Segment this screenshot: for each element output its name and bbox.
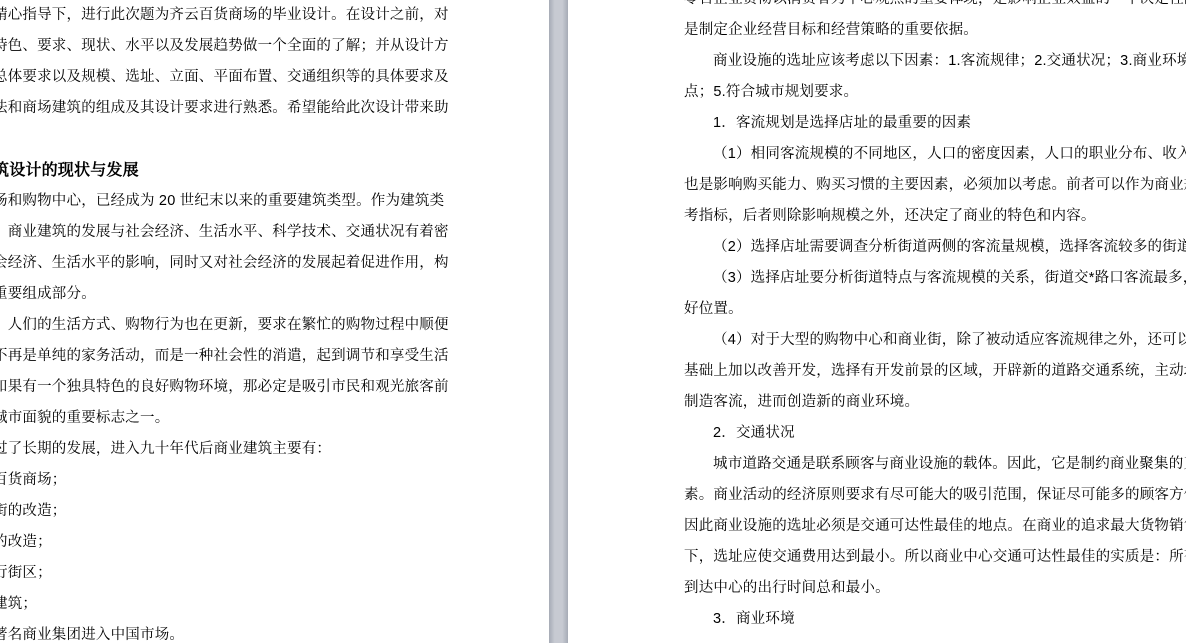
text-line: 商业设施的选址应该考虑以下因素：1.客流规律；2.交通状况；3.商业环境；4. — [684, 46, 1186, 77]
text-line: 重要组成部分。 — [0, 279, 449, 310]
text-line: 过了长期的发展，进入九十年代后商业建筑主要有： — [0, 434, 449, 465]
text-line: 1．客流规划是选择店址的最重要的因素 — [684, 108, 1186, 139]
text-line: 考指标，后者则除影响规模之外，还决定了商业的特色和内容。 — [684, 201, 1186, 232]
blank-line — [0, 124, 449, 155]
text-line: 百货商场； — [0, 465, 449, 496]
text-line: 行街区； — [0, 558, 449, 589]
text-line: （3）选择店址要分析街道特点与客流规模的关系，街道交*路口客流最多，是最 — [684, 263, 1186, 294]
text-line: （1）相同客流规模的不同地区，人口的密度因素，人口的职业分布、收入状况 — [684, 139, 1186, 170]
page-left[interactable]: 精心指导下，进行此次题为齐云百货商场的毕业设计。在设计之前，对特色、要求、现状、… — [0, 0, 549, 643]
text-line: 好位置。 — [684, 294, 1186, 325]
section-heading: 筑设计的现状与发展 — [0, 155, 449, 186]
text-line: 不再是单纯的家务活动，而是一种社会性的消遣，起到调节和享受生活 — [0, 341, 449, 372]
text-line: 因此商业设施的选址必须是交通可达性最佳的地点。在商业的追求最大货物销售范围 — [684, 511, 1186, 542]
text-line: 建筑； — [0, 589, 449, 620]
text-line: ，商业建筑的发展与社会经济、生活水平、科学技术、交通状况有着密 — [0, 217, 449, 248]
text-line: （4）对于大型的购物中心和商业街，除了被动适应客流规律之外，还可以在此 — [684, 325, 1186, 356]
text-line: 法和商场建筑的组成及其设计要求进行熟悉。希望能给此次设计带来助 — [0, 93, 449, 124]
text-line: 2．交通状况 — [684, 418, 1186, 449]
text-line: 素。商业活动的经济原则要求有尽可能大的吸引范围，保证尽可能多的顾客方便地到达。 — [684, 480, 1186, 511]
page-left-lines: 精心指导下，进行此次题为齐云百货商场的毕业设计。在设计之前，对特色、要求、现状、… — [0, 0, 449, 643]
text-line: 街的改造； — [0, 496, 449, 527]
text-line: 的改造； — [0, 527, 449, 558]
text-line: 3．商业环境 — [684, 604, 1186, 635]
text-line: 著名商业集团进入中国市场。 — [0, 620, 449, 643]
text-line: 零售企业贯彻以消费者为中心观点的重要体现，是影响企业效益的一个决定性因素，也 — [684, 0, 1186, 15]
text-line: 是制定企业经营目标和经营策略的重要依据。 — [684, 15, 1186, 46]
document-canvas: 精心指导下，进行此次题为齐云百货商场的毕业设计。在设计之前，对特色、要求、现状、… — [0, 0, 1186, 643]
text-line: 下，选址应使交通费用达到最小。所以商业中心交通可达性最佳的实质是：所有购物 — [684, 542, 1186, 573]
page-right-lines: 零售企业贯彻以消费者为中心观点的重要体现，是影响企业效益的一个决定性因素，也是制… — [684, 0, 1186, 635]
text-line: （2）选择店址需要调查分析街道两侧的客流量规模，选择客流较多的街道一侧。 — [684, 232, 1186, 263]
page-right[interactable]: 零售企业贯彻以消费者为中心观点的重要体现，是影响企业效益的一个决定性因素，也是制… — [568, 0, 1186, 643]
text-line: 基础上加以改善开发，选择有开发前景的区域，开辟新的道路交通系统，主动地引导 — [684, 356, 1186, 387]
text-line: 制造客流，进而创造新的商业环境。 — [684, 387, 1186, 418]
text-line: 也是影响购买能力、购买习惯的主要因素，必须加以考虑。前者可以作为商业规模的参 — [684, 170, 1186, 201]
text-line: 城市面貌的重要标志之一。 — [0, 403, 449, 434]
text-line: 精心指导下，进行此次题为齐云百货商场的毕业设计。在设计之前，对 — [0, 0, 449, 31]
text-line: 到达中心的出行时间总和最小。 — [684, 573, 1186, 604]
text-line: 特色、要求、现状、水平以及发展趋势做一个全面的了解；并从设计方 — [0, 31, 449, 62]
text-line: 场和购物中心，已经成为 20 世纪末以来的重要建筑类型。作为建筑类 — [0, 186, 449, 217]
text-line: 点；5.符合城市规划要求。 — [684, 77, 1186, 108]
text-line: 如果有一个独具特色的良好购物环境，那必定是吸引市民和观光旅客前 — [0, 372, 449, 403]
text-line: 总体要求以及规模、选址、立面、平面布置、交通组织等的具体要求及 — [0, 62, 449, 93]
text-line: ，人们的生活方式、购物行为也在更新，要求在繁忙的购物过程中顺便 — [0, 310, 449, 341]
text-line: 城市道路交通是联系顾客与商业设施的载体。因此，它是制约商业聚集的又一因 — [684, 449, 1186, 480]
text-line: 会经济、生活水平的影响，同时又对社会经济的发展起着促进作用，构 — [0, 248, 449, 279]
page-gap — [549, 0, 568, 643]
